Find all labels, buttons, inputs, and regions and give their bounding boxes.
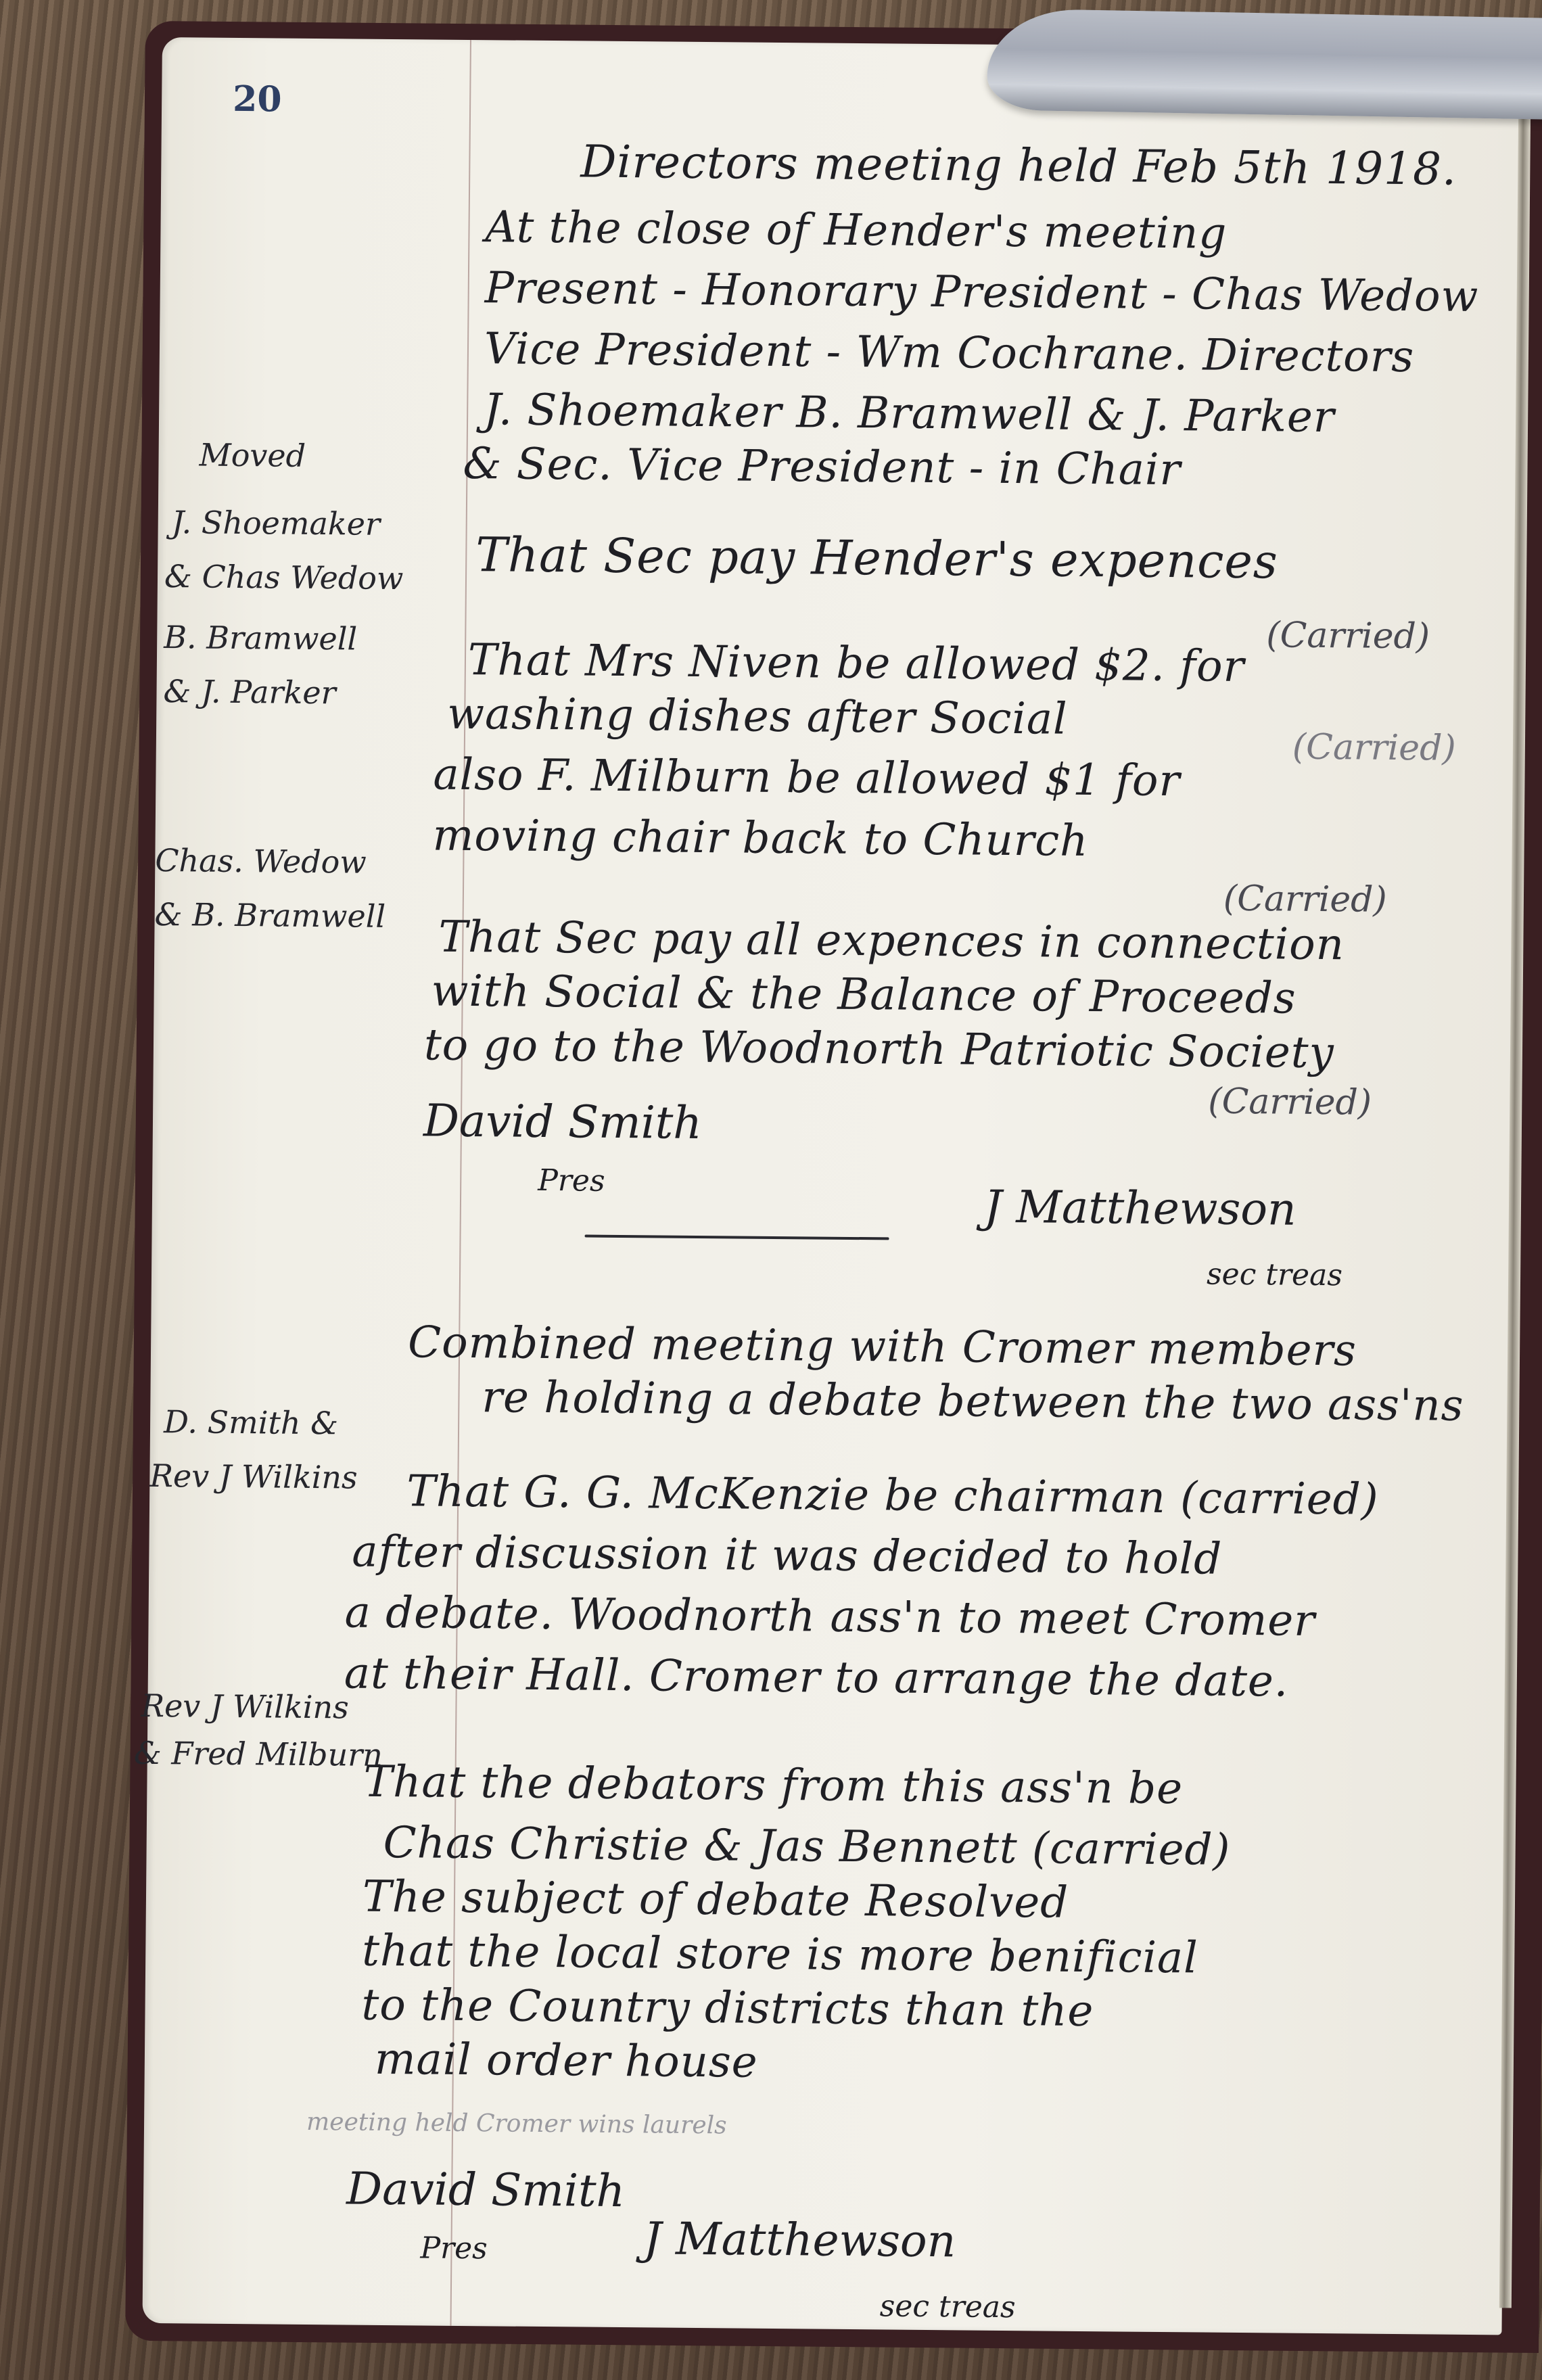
meeting-heading: re holding a debate between the two ass'… — [482, 1372, 1464, 1431]
page-number: 20 — [233, 78, 282, 120]
motion-text: to go to the Woodnorth Patriotic Society — [424, 1020, 1334, 1078]
intro-line: J. Shoemaker B. Bramwell & J. Parker — [484, 385, 1335, 442]
intro-line: At the close of Hender's meeting — [485, 202, 1227, 259]
mover-name: Rev J Wilkins — [149, 1457, 358, 1496]
motion-text: That G. G. McKenzie be chairman (carried… — [406, 1466, 1379, 1525]
motion-text: a debate. Woodnorth ass'n to meet Cromer — [344, 1587, 1315, 1646]
motion-text: also F. Milburn be allowed $1 for — [433, 750, 1180, 807]
mover-name: J. Shoemaker — [172, 504, 381, 542]
president-signature: David Smith — [346, 2162, 625, 2217]
mover-name: & Fred Milburn — [134, 1735, 383, 1773]
motion-text: after discussion it was decided to hold — [352, 1527, 1222, 1585]
mover-name: B. Bramwell — [164, 619, 357, 657]
mover-name: & J. Parker — [163, 673, 336, 711]
meeting-heading: Directors meeting held Feb 5th 1918. — [580, 135, 1457, 195]
intro-line: Vice President - Wm Cochrane. Directors — [484, 324, 1415, 382]
president-title: Pres — [538, 1163, 605, 1198]
motion-text: That Sec pay all expences in connection — [438, 912, 1345, 971]
motion-text: mail order house — [375, 2034, 758, 2088]
president-signature: David Smith — [423, 1094, 702, 1149]
motion-text: that the local store is more benificial — [362, 1926, 1198, 1984]
motion-text: That the debators from this ass'n be — [363, 1757, 1183, 1815]
margin-label-moved: Moved — [199, 437, 306, 474]
signature-rule — [585, 1235, 889, 1240]
butter-knife — [987, 8, 1542, 120]
motion-text: That Sec pay Hender's expences — [475, 527, 1278, 589]
motion-text: Chas Christie & Jas Bennett (carried) — [383, 1818, 1230, 1875]
secretary-signature: J Matthewson — [984, 1181, 1296, 1236]
meeting-heading: Combined meeting with Cromer members — [408, 1317, 1357, 1376]
mover-name: & Chas Wedow — [164, 558, 404, 597]
motion-result: (Carried) — [1292, 727, 1456, 769]
motion-text: moving chair back to Church — [432, 811, 1088, 866]
secretary-title: sec treas — [880, 2289, 1016, 2325]
mover-name: & B. Bramwell — [154, 896, 385, 935]
president-title: Pres — [420, 2231, 488, 2266]
mover-name: D. Smith & — [164, 1403, 338, 1441]
motion-text: That Mrs Niven be allowed $2. for — [468, 635, 1245, 692]
intro-line: & Sec. Vice President - in Chair — [463, 439, 1181, 495]
motion-result-prior: (Carried) — [1223, 879, 1387, 920]
secretary-title: sec treas — [1207, 1257, 1342, 1293]
motion-text: The subject of debate Resolved — [363, 1872, 1069, 1928]
secretary-signature: J Matthewson — [643, 2212, 956, 2267]
mover-name: Rev J Wilkins — [141, 1687, 349, 1726]
motion-text: washing dishes after Social — [447, 689, 1068, 745]
motion-result: (Carried) — [1208, 1081, 1372, 1123]
intro-line: Present - Honorary President - Chas Wedo… — [484, 263, 1478, 322]
motion-result: (Carried) — [1266, 615, 1430, 657]
mover-name: Chas. Wedow — [155, 842, 367, 881]
ledger-page: 20 Directors meeting held Feb 5th 1918. … — [143, 37, 1522, 2335]
motion-text: to the Country districts than the — [361, 1980, 1094, 2036]
motion-text: with Social & the Balance of Proceeds — [431, 966, 1296, 1024]
motion-text: at their Hall. Cromer to arrange the dat… — [344, 1648, 1289, 1706]
pencil-annotation: meeting held Cromer wins laurels — [306, 2108, 727, 2139]
